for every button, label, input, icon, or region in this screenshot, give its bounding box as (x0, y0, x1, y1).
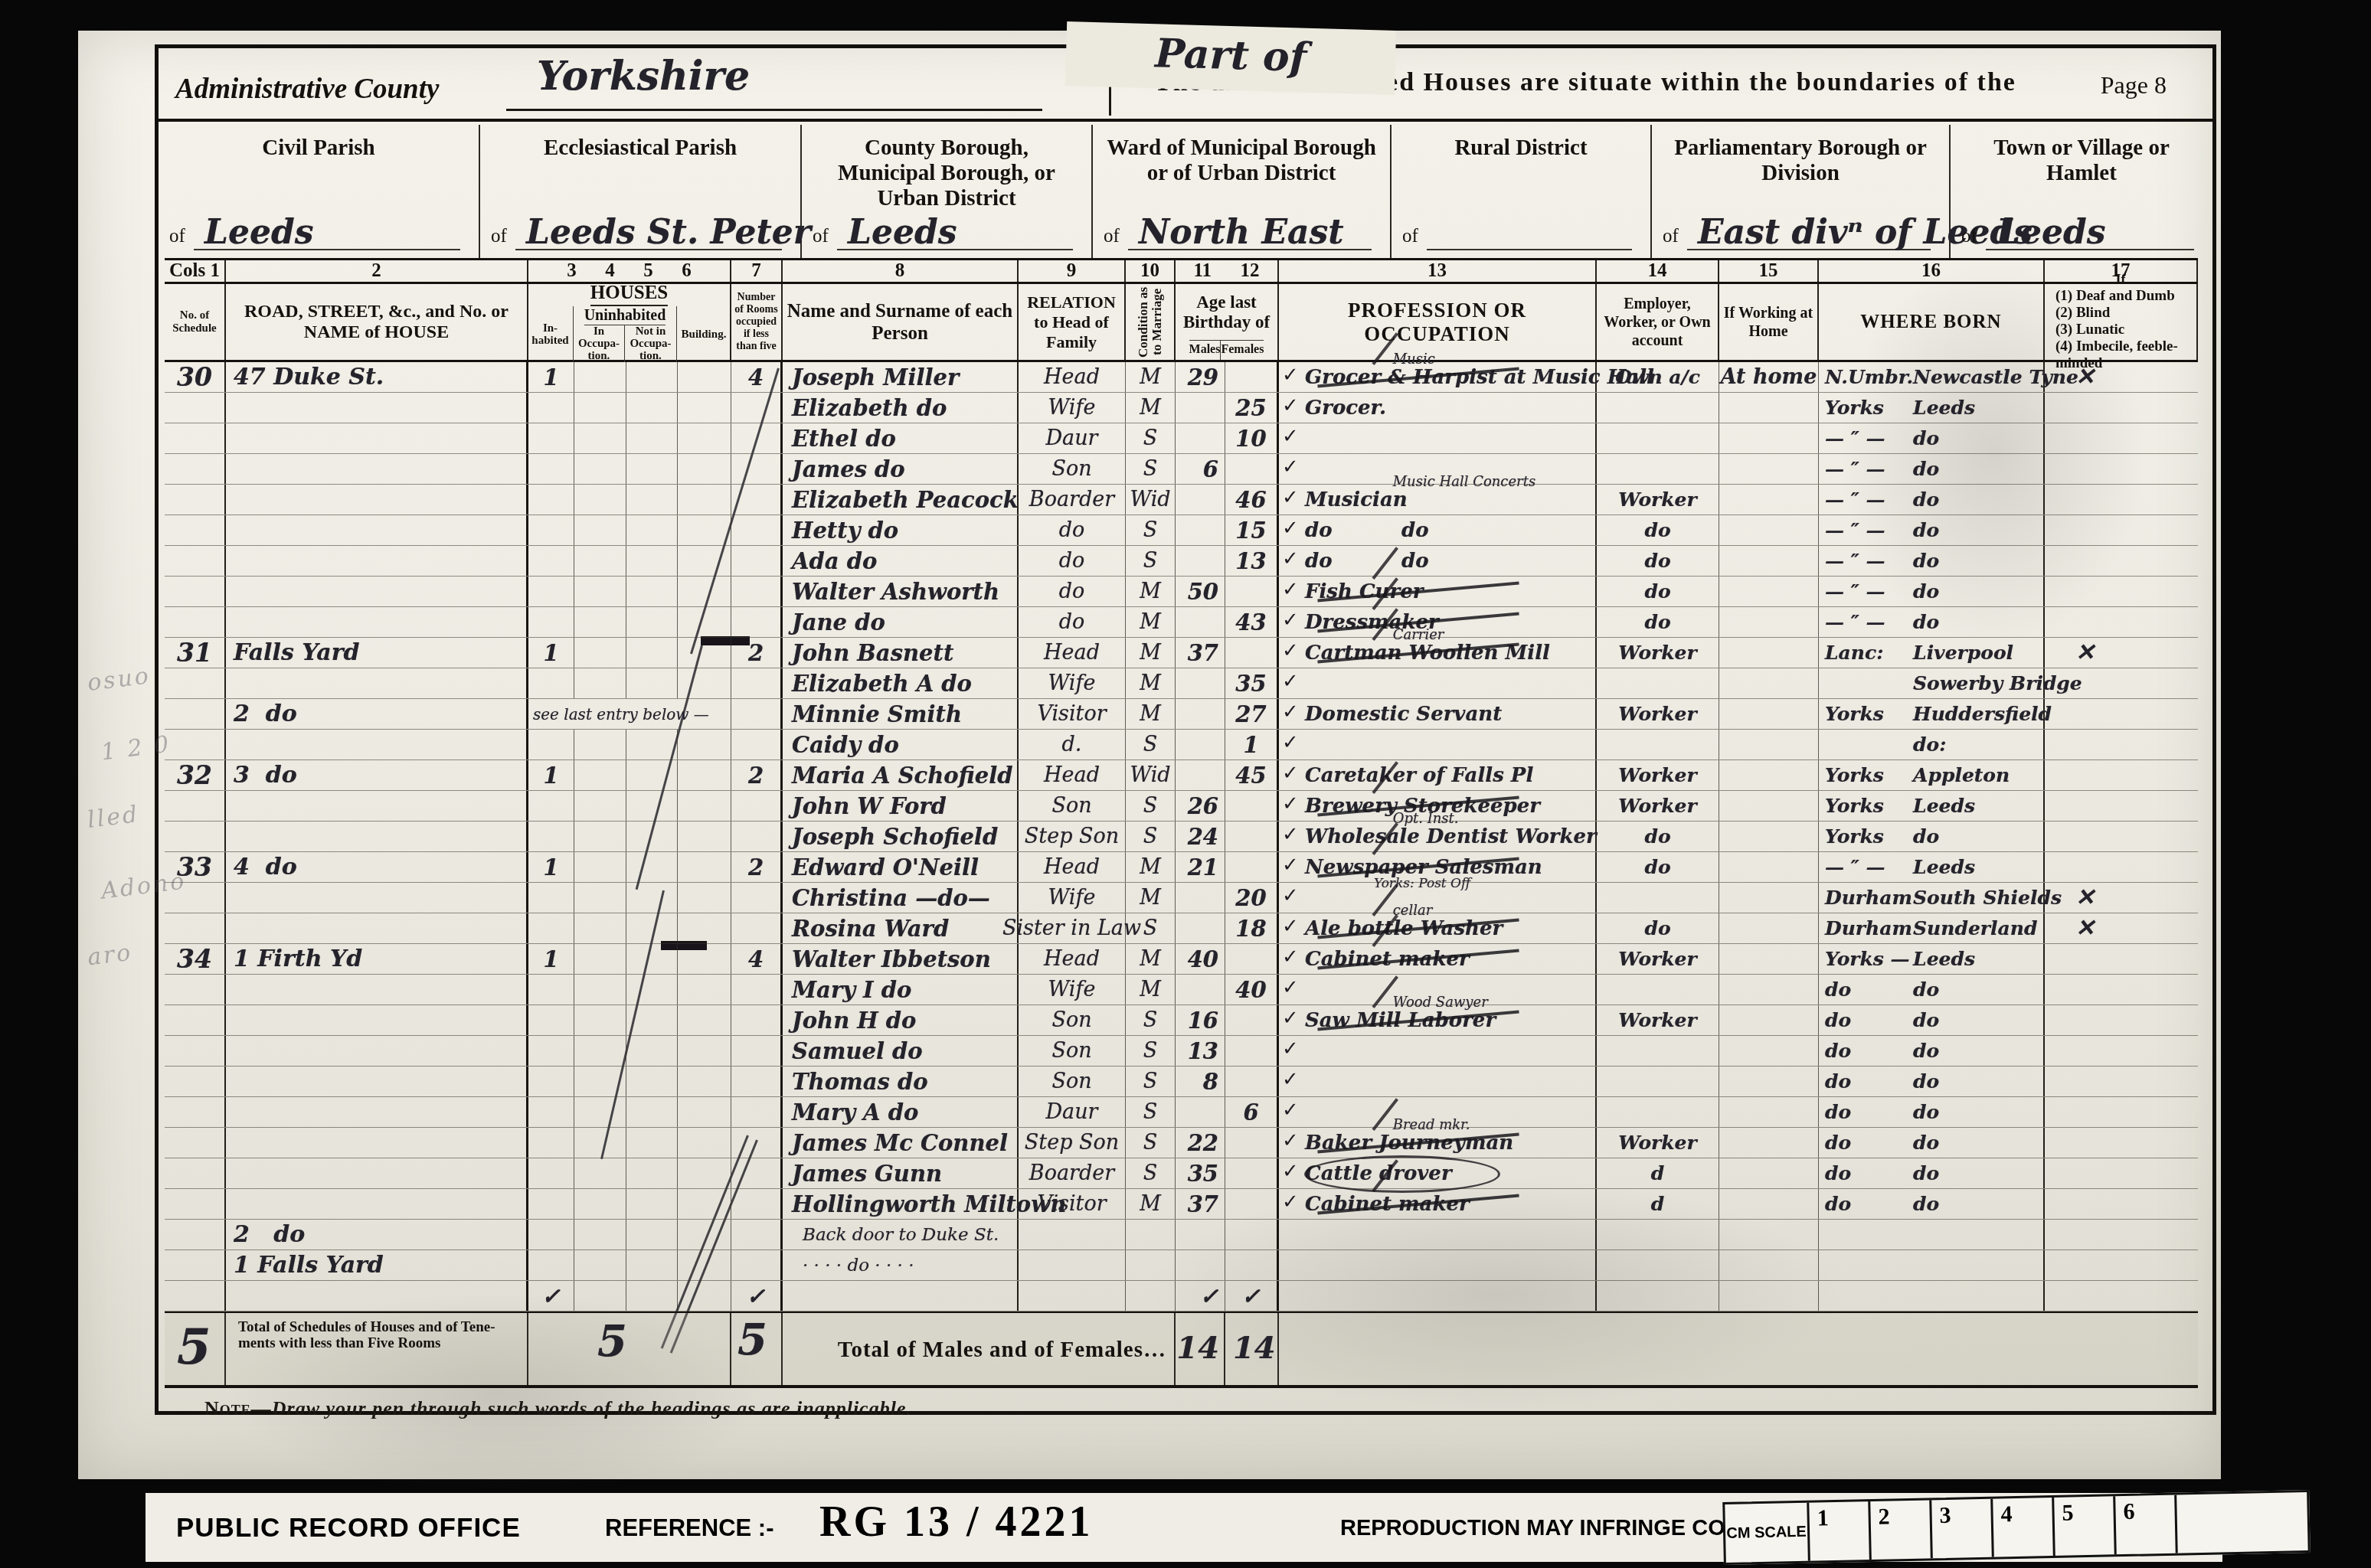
born-county: do (1819, 1132, 1913, 1154)
cell-name (783, 1281, 1019, 1311)
cell-name: Ethel do (783, 423, 1019, 453)
cell-street: 4 do (226, 852, 528, 882)
table-row: John H doSonS16✓Saw Mill LaborerWood Saw… (165, 1005, 2198, 1036)
person-name: Elizabeth A do (783, 671, 972, 697)
cell-infirmity (2045, 1067, 2198, 1096)
cell-working-at-home (1719, 760, 1819, 790)
cell-rooms (731, 423, 783, 453)
column-header-employer: Employer, Worker, or Own account (1597, 284, 1719, 360)
occupation-annotation: Bread mkr. (1393, 1117, 1470, 1133)
cell-working-at-home (1719, 913, 1819, 943)
tally-tick-mark: ✓ (1282, 792, 1299, 815)
person-name: Walter Ibbetson (783, 946, 991, 972)
column-header-row: No. of ScheduleROAD, STREET, &c., and No… (165, 284, 2198, 362)
cell-employer (1597, 1281, 1719, 1311)
cell-occupation: ✓Grocer. (1279, 393, 1597, 423)
cell-condition: S (1126, 913, 1176, 943)
age-females: 10 (1235, 426, 1266, 452)
cell-rooms (731, 1097, 783, 1127)
cell-uninhabited-not-in-occupation (626, 1158, 678, 1188)
tally-tick-mark: ✓ (1282, 884, 1299, 907)
cell-working-at-home (1719, 1097, 1819, 1127)
cell-uninhabited-in-occupation (574, 1097, 626, 1127)
cell-occupation: ✓Saw Mill LaborerWood Sawyer (1279, 1005, 1597, 1035)
occupation-value: Saw Mill Laborer (1279, 1009, 1496, 1032)
table-row: Christina —do—WifeM20✓DurhamSouth Shield… (165, 883, 2198, 913)
age-females: 13 (1235, 548, 1266, 574)
cell-employer (1597, 975, 1719, 1004)
relation-value: Boarder (1029, 488, 1114, 511)
cell-uninhabited-in-occupation (574, 638, 626, 668)
table-row: James GunnBoarderS35✓Cattle droverddodo (165, 1158, 2198, 1189)
cell-infirmity (2045, 1036, 2198, 1066)
infirmity-cross-mark: ✕ (2045, 639, 2095, 666)
condition-value: M (1140, 365, 1161, 389)
cell-condition: S (1126, 546, 1176, 576)
born-county: — ″ — (1819, 488, 1913, 511)
street-name: 47 Duke St. (226, 364, 384, 390)
cell-infirmity (2045, 546, 2198, 576)
cell-relation (1019, 1220, 1126, 1249)
cell-schedule (165, 791, 226, 821)
cell-age-females: 43 (1225, 607, 1279, 637)
cell-age-females: 46 (1225, 485, 1279, 514)
cell-age-males: 21 (1176, 852, 1225, 882)
cell-relation: Head (1019, 638, 1126, 668)
born-county: Durham (1819, 887, 1913, 909)
cell-uninhabited-not-in-occupation (626, 607, 678, 637)
cell-infirmity (2045, 1097, 2198, 1127)
column-header-relation: RELATION to Head of Family (1019, 284, 1126, 360)
cell-uninhabited-in-occupation (574, 913, 626, 943)
table-row: 323 do12Maria A SchofieldHeadWid45✓Caret… (165, 760, 2198, 791)
cell-schedule (165, 1220, 226, 1249)
tally-tick-mark: ✓ (1282, 946, 1299, 969)
column-header-age: Age last Birthday ofMalesFemales (1176, 284, 1279, 360)
cell-rooms (731, 1005, 783, 1035)
cell-schedule: 34 (165, 944, 226, 974)
cell-condition: M (1126, 668, 1176, 698)
cell-working-at-home (1719, 791, 1819, 821)
employer-value: do (1644, 825, 1670, 848)
cell-building (678, 393, 731, 423)
born-county: N.Umbr. (1819, 366, 1913, 388)
cell-age-males: 37 (1176, 638, 1225, 668)
cell-uninhabited-not-in-occupation (626, 975, 678, 1004)
cell-relation: Step Son (1019, 1128, 1126, 1158)
cell-inhabited (528, 393, 574, 423)
cell-name: Christina —do— (783, 883, 1019, 913)
cell-occupation (1279, 1220, 1597, 1249)
cell-rooms: 2 (731, 760, 783, 790)
cell-building (678, 1097, 731, 1127)
person-name: John H do (783, 1008, 916, 1034)
cell-uninhabited-in-occupation (574, 791, 626, 821)
born-county: — ″ — (1819, 856, 1913, 878)
column-number: Cols 1 (165, 260, 226, 282)
cell-relation: Daur (1019, 423, 1126, 453)
cell-inhabited: 1 (528, 852, 574, 882)
cell-uninhabited-not-in-occupation (626, 638, 678, 668)
column-number: 9 (1019, 260, 1126, 282)
tally-tick-mark: ✓ (1282, 578, 1299, 601)
cell-inhabited (528, 546, 574, 576)
cell-inhabited: 1 (528, 944, 574, 974)
cell-age-males: 8 (1176, 1067, 1225, 1096)
cell-uninhabited-not-in-occupation (626, 1189, 678, 1219)
cell-age-males (1176, 393, 1225, 423)
born-county: do (1819, 1101, 1913, 1123)
district-label: Ecclesiastical Parish (480, 125, 800, 161)
cell-street (226, 975, 528, 1004)
cell-relation: Son (1019, 1036, 1126, 1066)
born-place: do (1913, 978, 2043, 1001)
cell-street (226, 1158, 528, 1188)
cell-age-females (1225, 362, 1279, 392)
column-number: 11 12 (1176, 260, 1279, 282)
condition-value: M (1140, 947, 1161, 971)
street-name: Falls Yard (226, 639, 360, 666)
cell-occupation: ✓Domestic Servant (1279, 699, 1597, 729)
person-name: James Gunn (783, 1161, 942, 1187)
district-value: North East (1139, 213, 1344, 252)
cell-uninhabited-not-in-occupation (626, 944, 678, 974)
age-females: 6 (1243, 1099, 1258, 1125)
cell-name: Ada do (783, 546, 1019, 576)
cell-uninhabited-in-occupation (574, 546, 626, 576)
cell-relation: Step Son (1019, 822, 1126, 851)
occupation-value: Cabinet maker (1279, 948, 1470, 971)
census-scan-page: { "annotations": { "top_script": "Part o… (0, 0, 2371, 1568)
infirmity-cross-mark: ✕ (2045, 884, 2095, 911)
street-name: 3 do (226, 762, 297, 789)
column-number: 8 (783, 260, 1019, 282)
cell-condition (1126, 1220, 1176, 1249)
cell-age-females (1225, 1128, 1279, 1158)
tally-tick-mark: ✓ (1282, 701, 1299, 724)
person-name: Hetty do (783, 518, 898, 544)
cell-uninhabited-in-occupation (574, 607, 626, 637)
cell-inhabited (528, 883, 574, 913)
cell-name: Elizabeth A do (783, 668, 1019, 698)
cell-condition: M (1126, 638, 1176, 668)
age-females: 35 (1235, 671, 1266, 697)
person-name: Samuel do (783, 1038, 923, 1064)
born-county: Yorks (1819, 764, 1913, 786)
cell-uninhabited-in-occupation (574, 362, 626, 392)
cell-relation (1019, 1281, 1126, 1311)
cell-condition: S (1126, 1158, 1176, 1188)
cell-street (226, 546, 528, 576)
cell-occupation: ✓ (1279, 730, 1597, 759)
cell-occupation: ✓ (1279, 883, 1597, 913)
born-county: do (1819, 1162, 1913, 1184)
cell-infirmity (2045, 1158, 2198, 1188)
cell-uninhabited-not-in-occupation (626, 913, 678, 943)
cell-street (226, 485, 528, 514)
tally-tick-mark: ✓ (1282, 425, 1299, 448)
tally-tick-mark: ✓ (1282, 670, 1299, 693)
cell-inhabited (528, 1189, 574, 1219)
district-of-prefix: of (813, 226, 829, 247)
inhabited-mark: 1 (543, 854, 558, 880)
cell-condition: S (1126, 1097, 1176, 1127)
relation-value: Wife (1048, 671, 1096, 695)
cell-name: James Gunn (783, 1158, 1019, 1188)
street-name: 2 do (226, 701, 297, 727)
cell-name: Walter Ashworth (783, 577, 1019, 606)
cell-inhabited (528, 1097, 574, 1127)
tally-tick-mark: ✓ (1282, 915, 1299, 938)
relation-value: Daur (1045, 1100, 1097, 1124)
cell-age-males (1176, 515, 1225, 545)
tally-tick-mark: ✓ (1282, 1191, 1299, 1214)
occupation-value: Cattle drover (1279, 1162, 1452, 1185)
cell-age-females (1225, 1036, 1279, 1066)
cell-where-born: — ″ —do (1819, 423, 2045, 453)
cell-age-males: 16 (1176, 1005, 1225, 1035)
column-header-uninhabited: UninhabitedIn Occupa-tion.Not in Occupa-… (574, 306, 677, 362)
cell-infirmity (2045, 852, 2198, 882)
cell-age-males: 37 (1176, 1189, 1225, 1219)
cell-working-at-home (1719, 730, 1819, 759)
cell-name: Minnie Smith (783, 699, 1019, 729)
cell-relation: Boarder (1019, 1158, 1126, 1188)
cell-inhabited (528, 1005, 574, 1035)
cell-age-females (1225, 944, 1279, 974)
age-females: 18 (1235, 916, 1266, 942)
born-county: do (1819, 1009, 1913, 1031)
relation-value: Visitor (1037, 702, 1106, 726)
employer-value: Worker (1618, 703, 1696, 725)
person-name: Minnie Smith (783, 701, 962, 727)
totals-blank (1279, 1313, 2198, 1385)
top-handwritten-annotation: Part of (1065, 21, 1396, 95)
born-county: — ″ — (1819, 580, 1913, 603)
cell-rooms (731, 607, 783, 637)
cell-uninhabited-in-occupation (574, 1128, 626, 1158)
cell-employer: Own a/c (1597, 362, 1719, 392)
cell-street (226, 393, 528, 423)
employer-value: do (1644, 917, 1670, 939)
cell-name: Mary A do (783, 1097, 1019, 1127)
age-males: 50 (1188, 579, 1218, 605)
cell-employer (1597, 1220, 1719, 1249)
column-number: 10 (1126, 260, 1176, 282)
age-females: 40 (1235, 977, 1266, 1003)
cell-age-males: 6 (1176, 454, 1225, 484)
cell-infirmity: ✕ (2045, 883, 2198, 913)
cell-schedule (165, 668, 226, 698)
cell-infirmity (2045, 1250, 2198, 1280)
cell-building (678, 1158, 731, 1188)
cell-occupation: ✓ (1279, 423, 1597, 453)
totals-rooms-count: 5 (731, 1313, 783, 1385)
cell-relation: Wife (1019, 975, 1126, 1004)
column-number: 2 (226, 260, 528, 282)
cell-condition: S (1126, 1005, 1176, 1035)
relation-value: Step Son (1025, 825, 1119, 848)
employer-value: do (1644, 580, 1670, 603)
born-place: do (1913, 458, 2043, 480)
born-county: Yorks (1819, 795, 1913, 817)
street-name: 2 do (226, 1221, 305, 1248)
person-name: Ethel do (783, 426, 896, 452)
cell-building (678, 1067, 731, 1096)
cell-uninhabited-not-in-occupation (626, 730, 678, 759)
cell-rooms (731, 883, 783, 913)
cell-where-born (1819, 1250, 2045, 1280)
cell-working-at-home (1719, 454, 1819, 484)
rooms-count: 2 (748, 854, 764, 880)
district-label: Parliamentary Borough or Division (1652, 125, 1949, 186)
cell-rooms: ✓ (731, 1281, 783, 1311)
cell-building (678, 944, 731, 974)
cell-inhabited (528, 822, 574, 851)
totals-label: Total of Schedules of Houses and of Tene… (226, 1313, 527, 1351)
cell-schedule: 31 (165, 638, 226, 668)
cell-name: James Mc Connel (783, 1128, 1019, 1158)
cell-age-females: 1 (1225, 730, 1279, 759)
table-row: Mary A doDaurS6✓dodo (165, 1097, 2198, 1128)
occupation-annotation: Carrier (1393, 627, 1444, 643)
cm-scale-segment: 3 (1931, 1499, 1994, 1559)
cell-where-born: Yorksdo (1819, 822, 2045, 851)
cell-where-born: — ″ —Leeds (1819, 852, 2045, 882)
cell-relation: Head (1019, 760, 1126, 790)
tally-tick-mark: ✓ (1282, 456, 1299, 479)
cell-condition: M (1126, 944, 1176, 974)
cell-uninhabited-in-occupation (574, 1189, 626, 1219)
column-header-schedule: No. of Schedule (165, 284, 226, 360)
cell-condition: S (1126, 1067, 1176, 1096)
cell-relation: Visitor (1019, 1189, 1126, 1219)
cell-schedule (165, 1036, 226, 1066)
cell-working-at-home (1719, 699, 1819, 729)
person-name: · · · · do · · · · (783, 1256, 914, 1276)
cell-street (226, 668, 528, 698)
born-county: — ″ — (1819, 550, 1913, 572)
column-header-houses: HOUSESIn-habitedUninhabitedIn Occupa-tio… (528, 284, 731, 360)
cell-building (678, 1220, 731, 1249)
cell-schedule: 32 (165, 760, 226, 790)
cell-rooms (731, 730, 783, 759)
inhabited-mark: 1 (543, 763, 558, 789)
tally-tick-mark: ✓ (1282, 364, 1299, 387)
cell-building (678, 362, 731, 392)
cell-inhabited (528, 1250, 574, 1280)
cell-employer (1597, 1250, 1719, 1280)
person-name: Mary I do (783, 977, 911, 1003)
column-header-inhabited: In-habited (528, 306, 574, 362)
relation-value: Wife (1048, 396, 1096, 420)
cell-name: Edward O'Neill (783, 852, 1019, 882)
condition-value: S (1143, 1070, 1158, 1093)
cell-building (678, 791, 731, 821)
table-row: ✓✓✓✓ (165, 1281, 2198, 1312)
born-place: do (1913, 1040, 2043, 1062)
cell-working-at-home (1719, 1189, 1819, 1219)
born-place: Appleton (1913, 764, 2043, 786)
relation-value: do (1059, 580, 1085, 603)
table-row: 1 Falls Yard· · · · do · · · · (165, 1250, 2198, 1281)
cell-infirmity (2045, 699, 2198, 729)
cell-street (226, 883, 528, 913)
condition-value: S (1143, 549, 1158, 573)
age-males: 37 (1188, 640, 1218, 666)
table-row: Elizabeth A doWifeM35✓Sowerby Bridge (165, 668, 2198, 699)
person-name: Maria A Schofield (783, 763, 1013, 789)
cell-relation: d. (1019, 730, 1126, 759)
cell-building (678, 668, 731, 698)
cell-schedule (165, 913, 226, 943)
inhabited-mark: 1 (543, 640, 558, 666)
cell-working-at-home (1719, 638, 1819, 668)
cell-where-born: dodo (1819, 1067, 2045, 1096)
born-county: Yorks (1819, 825, 1913, 848)
cell-occupation: ✓Ale bottle Washercellar (1279, 913, 1597, 943)
cell-working-at-home (1719, 577, 1819, 606)
cell-building (678, 852, 731, 882)
born-place: do (1913, 1132, 2043, 1154)
cell-relation: Daur (1019, 1097, 1126, 1127)
cell-rooms (731, 1128, 783, 1158)
table-row: Elizabeth PeacockBoarderWid46✓MusicianMu… (165, 485, 2198, 515)
cell-age-females: 25 (1225, 393, 1279, 423)
cell-uninhabited-in-occupation (574, 822, 626, 851)
cell-uninhabited-in-occupation (574, 883, 626, 913)
person-name: Back door to Duke St. (783, 1225, 999, 1245)
cell-occupation: ✓Baker JourneymanBread mkr. (1279, 1128, 1597, 1158)
condition-value: M (1140, 1192, 1161, 1216)
employer-value: do (1644, 519, 1670, 541)
cell-street: 3 do (226, 760, 528, 790)
cell-condition: S (1126, 515, 1176, 545)
cell-age-females: 13 (1225, 546, 1279, 576)
cell-age-females: 27 (1225, 699, 1279, 729)
administrative-county-value: Yorkshire (537, 53, 750, 100)
tally-tick-mark: ✓ (1282, 517, 1299, 540)
relation-value: Son (1051, 1008, 1091, 1032)
schedule-number: 30 (177, 362, 212, 392)
cell-uninhabited-not-in-occupation (626, 791, 678, 821)
cell-working-at-home (1719, 852, 1819, 882)
district-box-1: Civil ParishofLeeds (159, 125, 480, 258)
table-row: Mary I doWifeM40✓dodo (165, 975, 2198, 1005)
cell-where-born (1819, 1220, 2045, 1249)
cell-uninhabited-in-occupation (574, 944, 626, 974)
employer-value: Worker (1618, 642, 1696, 664)
cell-employer: do (1597, 577, 1719, 606)
cell-age-males: 26 (1176, 791, 1225, 821)
cell-schedule (165, 454, 226, 484)
person-name: Joseph Schofield (783, 824, 998, 850)
column-header-road: ROAD, STREET, &c., and No. or NAME of HO… (226, 284, 528, 360)
district-box-2: Ecclesiastical ParishofLeeds St. Peter (480, 125, 802, 258)
cell-inhabited (528, 423, 574, 453)
column-header-building: Building. (677, 306, 731, 362)
born-county: do (1819, 1040, 1913, 1062)
cell-relation: do (1019, 515, 1126, 545)
cell-occupation: ✓do do (1279, 515, 1597, 545)
cell-uninhabited-in-occupation (574, 485, 626, 514)
inhabited-mark: ✓ (541, 1283, 560, 1309)
column-header-not-in-occupation: Not in Occupa-tion. (625, 325, 676, 362)
cell-uninhabited-in-occupation (574, 975, 626, 1004)
footnote-word: Note (204, 1397, 251, 1419)
district-of-prefix: of (1663, 226, 1679, 247)
table-row: Walter AshworthdoM50✓Fish Curerdo— ″ —do (165, 577, 2198, 607)
